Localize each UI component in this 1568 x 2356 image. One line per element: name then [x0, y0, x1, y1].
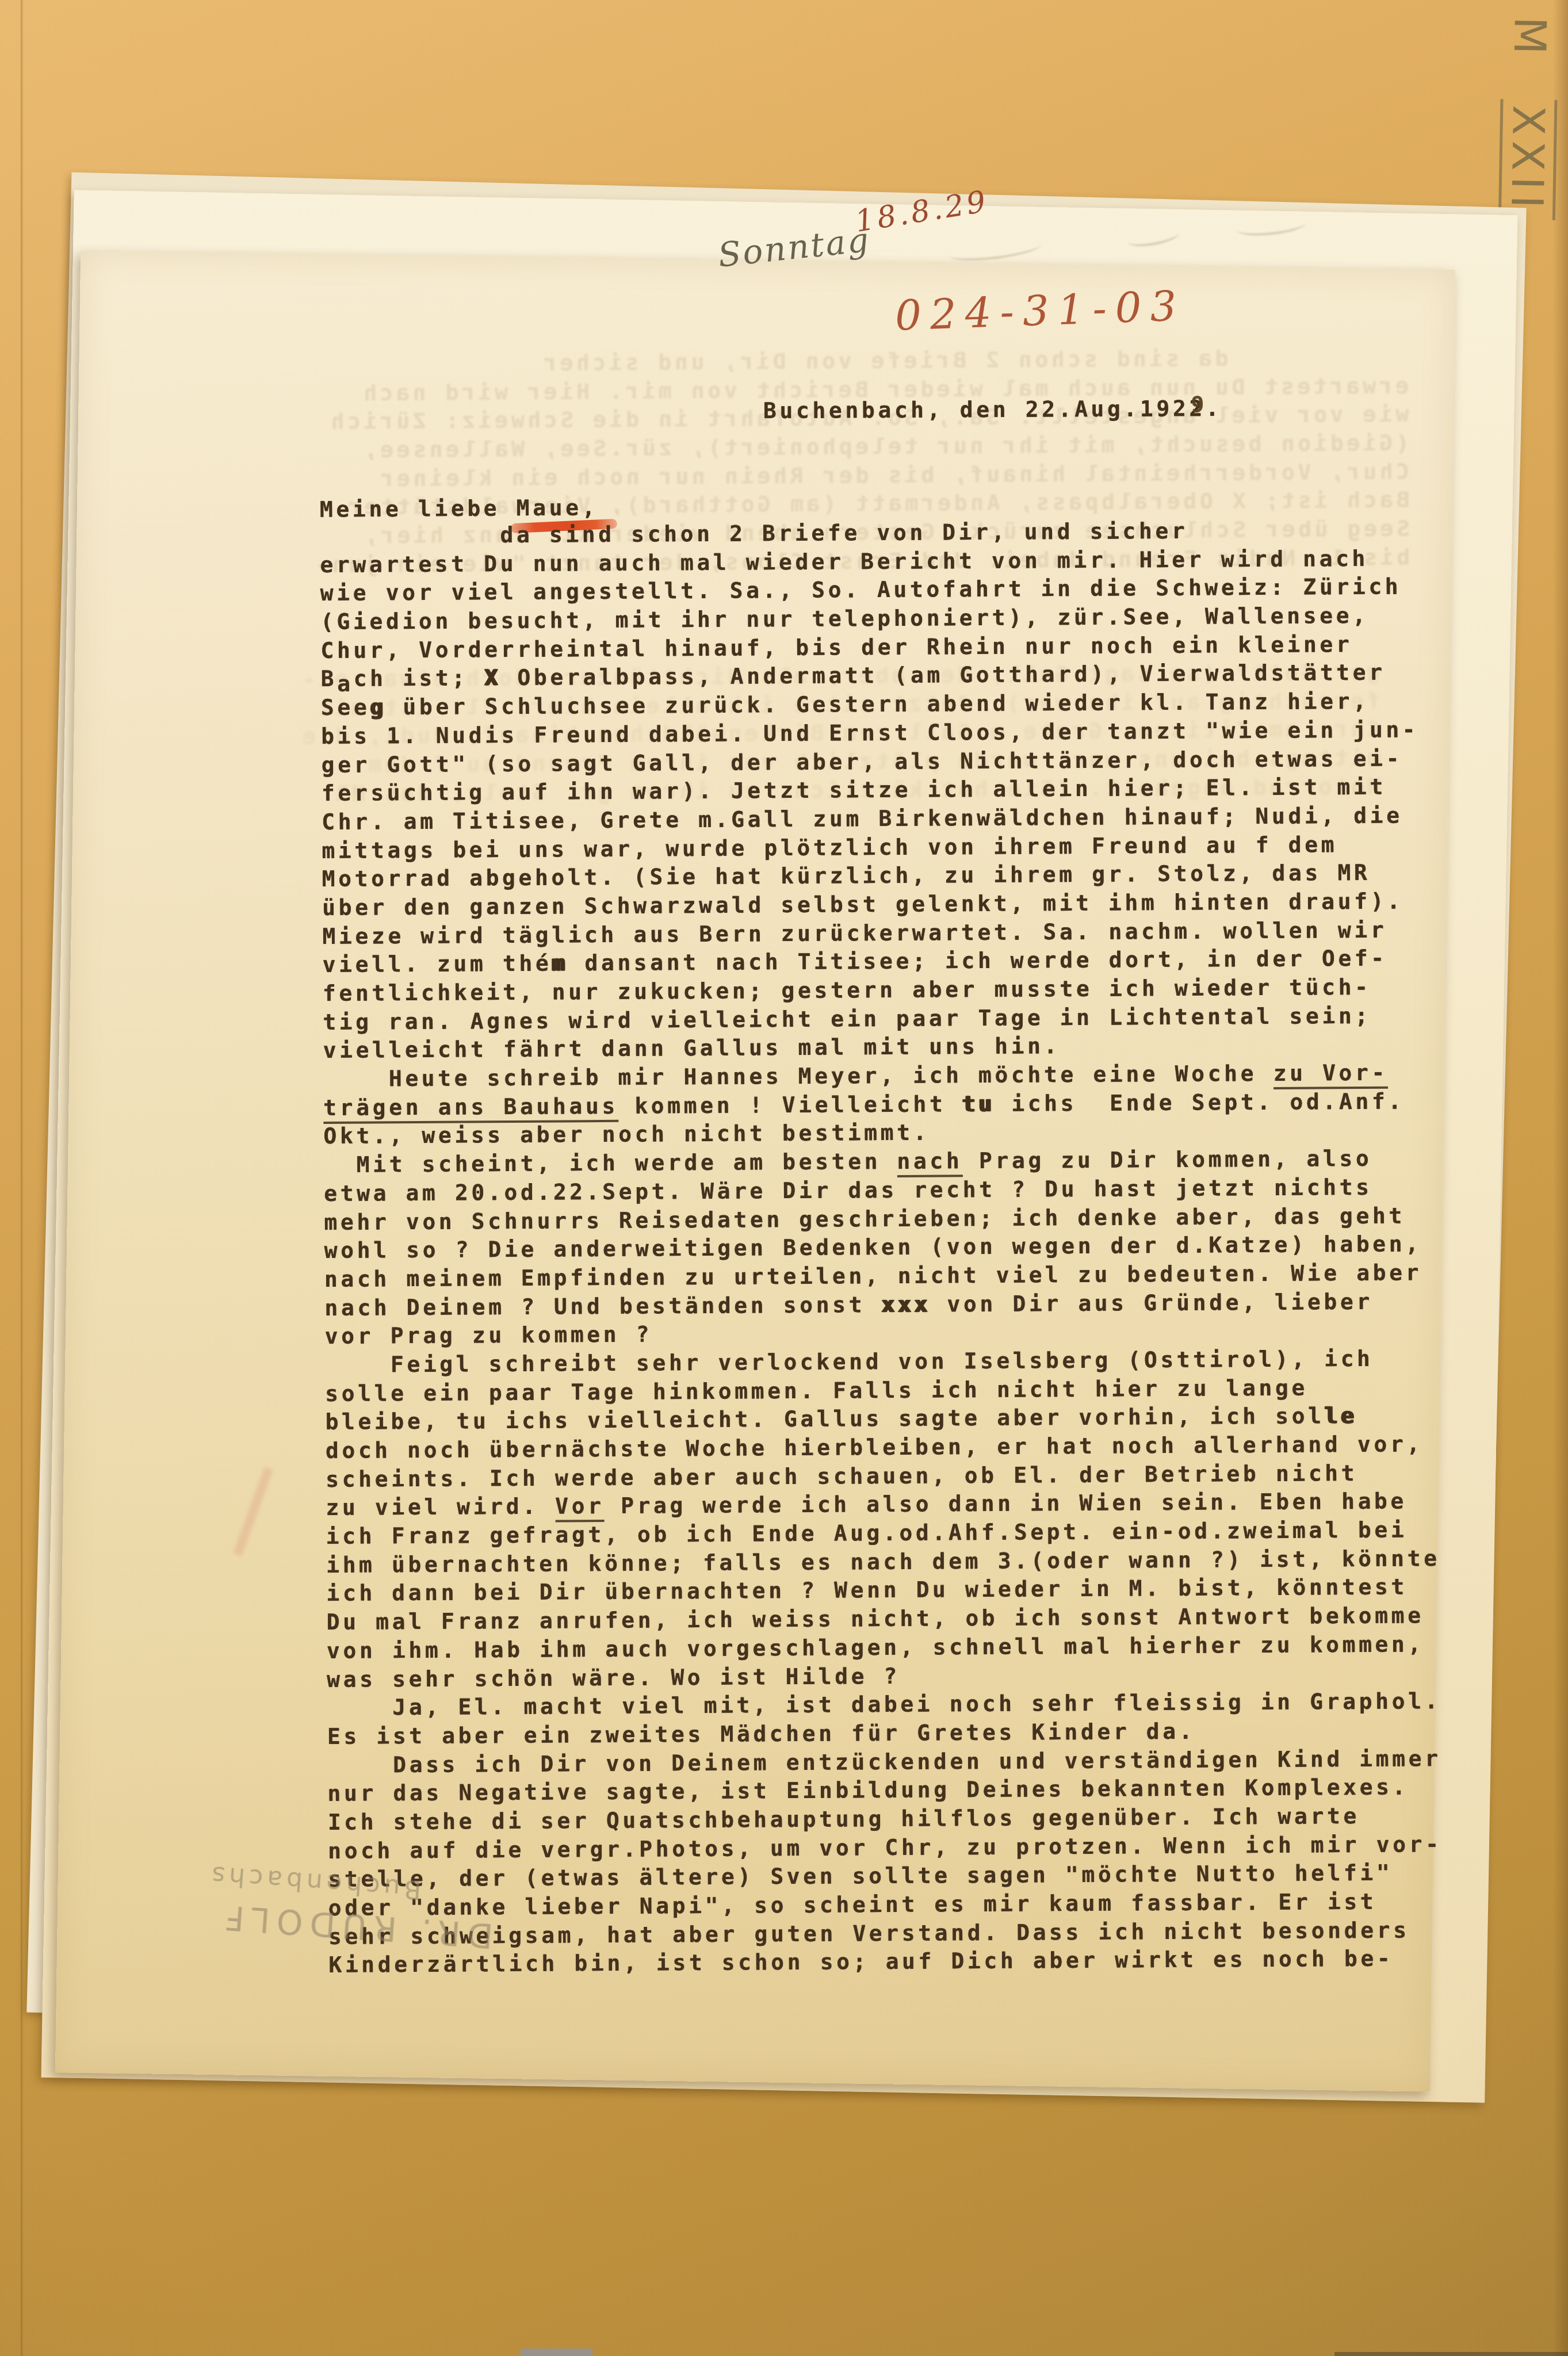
dateline-period: .: [1206, 396, 1222, 421]
scan-edge-sliver: [1334, 2352, 1568, 2356]
margin-mark-roman: XXII: [1498, 99, 1558, 220]
margin-mark-letter: M: [1504, 16, 1556, 60]
scan-edge-sliver: [521, 2349, 592, 2356]
typed-body: da sind schon 2 Briefe von Dir, und sich…: [320, 515, 1443, 1980]
year-correction-digit: 9: [1191, 392, 1207, 417]
handwritten-archive-number: 024-31-03: [894, 281, 1186, 340]
overtyped-year-digit: 29: [1189, 396, 1206, 421]
letter-salutation: Meine liebe Maue,: [320, 495, 598, 522]
letter-dateline: Buchenbach, den 22.Aug.19229.: [763, 396, 1222, 423]
folder-crease: [21, 0, 24, 2356]
photograph-of-letter: M XXII (Juli - Aug 1929) da sind schon 2…: [0, 0, 1568, 2356]
dateline-text: Buchenbach, den 22.Aug.192: [763, 396, 1190, 423]
